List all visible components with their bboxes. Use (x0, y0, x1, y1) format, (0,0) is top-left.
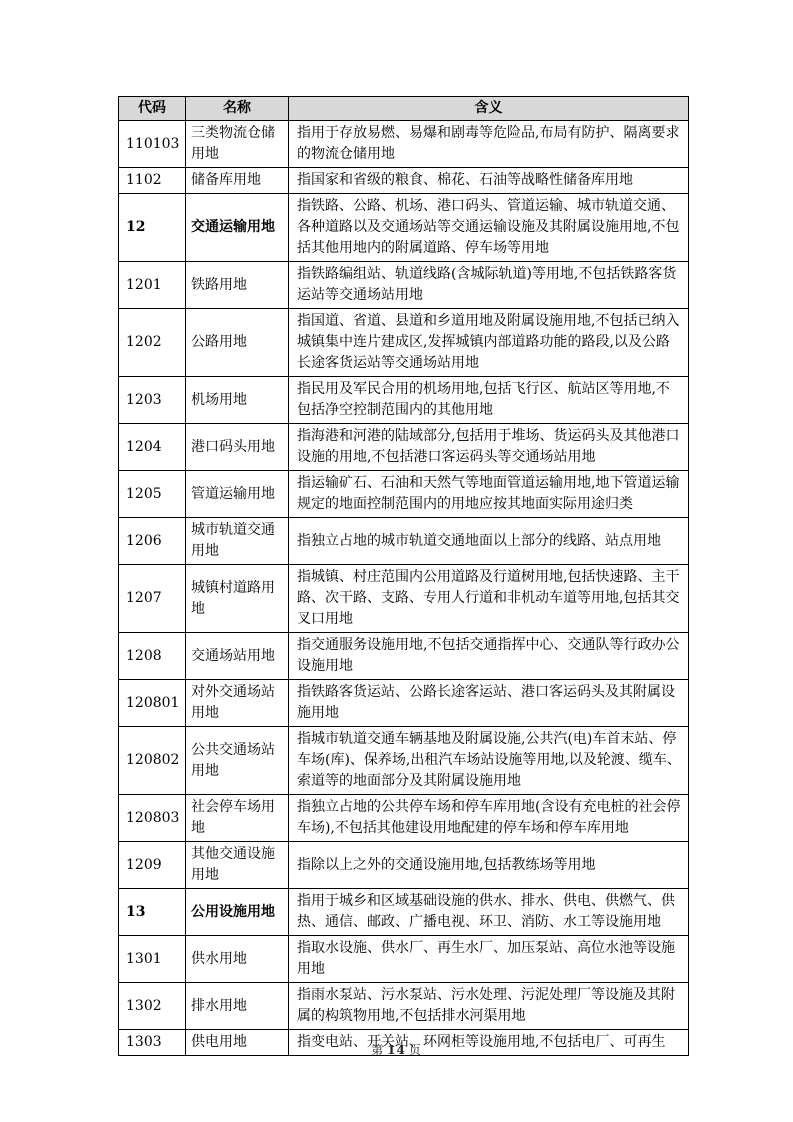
cell-code: 1202 (119, 309, 186, 377)
cell-name: 社会停车场用地 (186, 795, 289, 842)
cell-meaning: 指铁路编组站、轨道线路(含城际轨道)等用地,不包括铁路客货运站等交通场站用地 (289, 262, 689, 309)
table-row: 1203机场用地指民用及军民合用的机场用地,包括飞行区、航站区等用地,不包括净空… (119, 377, 689, 424)
cell-name: 储备库用地 (186, 168, 289, 194)
cell-name: 交通场站用地 (186, 633, 289, 680)
table-row: 1301供水用地指取水设施、供水厂、再生水厂、加压泵站、高位水池等设施用地 (119, 936, 689, 983)
table-row: 1201铁路用地指铁路编组站、轨道线路(含城际轨道)等用地,不包括铁路客货运站等… (119, 262, 689, 309)
cell-code: 120803 (119, 795, 186, 842)
cell-meaning: 指运输矿石、石油和天然气等地面管道运输用地,地下管道运输规定的地面控制范围内的用… (289, 471, 689, 518)
cell-meaning: 指用于存放易燃、易爆和剧毒等危险品,布局有防护、隔离要求的物流仓储用地 (289, 121, 689, 168)
cell-name: 交通运输用地 (186, 194, 289, 262)
table-row: 1208交通场站用地指交通服务设施用地,不包括交通指挥中心、交通队等行政办公设施… (119, 633, 689, 680)
cell-code: 1203 (119, 377, 186, 424)
cell-name: 铁路用地 (186, 262, 289, 309)
cell-meaning: 指交通服务设施用地,不包括交通指挥中心、交通队等行政办公设施用地 (289, 633, 689, 680)
cell-name: 公路用地 (186, 309, 289, 377)
cell-meaning: 指城镇、村庄范围内公用道路及行道树用地,包括快速路、主干路、次干路、支路、专用人… (289, 565, 689, 633)
cell-meaning: 指国家和省级的粮食、棉花、石油等战略性储备库用地 (289, 168, 689, 194)
cell-meaning: 指铁路、公路、机场、港口码头、管道运输、城市轨道交通、各种道路以及交通场站等交通… (289, 194, 689, 262)
table-row: 120801对外交通场站用地指铁路客货运站、公路长途客运站、港口客运码头及其附属… (119, 680, 689, 727)
cell-code: 1207 (119, 565, 186, 633)
table-row: 12交通运输用地指铁路、公路、机场、港口码头、管道运输、城市轨道交通、各种道路以… (119, 194, 689, 262)
cell-name: 公共交通场站用地 (186, 727, 289, 795)
cell-meaning: 指民用及军民合用的机场用地,包括飞行区、航站区等用地,不包括净空控制范围内的其他… (289, 377, 689, 424)
cell-name: 排水用地 (186, 983, 289, 1030)
table-row: 1204港口码头用地指海港和河港的陆域部分,包括用于堆场、货运码头及其他港口设施… (119, 424, 689, 471)
table-row: 1205管道运输用地指运输矿石、石油和天然气等地面管道运输用地,地下管道运输规定… (119, 471, 689, 518)
cell-code: 1102 (119, 168, 186, 194)
cell-name: 其他交通设施用地 (186, 842, 289, 889)
cell-name: 港口码头用地 (186, 424, 289, 471)
cell-code: 120801 (119, 680, 186, 727)
cell-code: 1204 (119, 424, 186, 471)
cell-code: 1209 (119, 842, 186, 889)
table-row: 1206城市轨道交通用地指独立占地的城市轨道交通地面以上部分的线路、站点用地 (119, 518, 689, 565)
cell-name: 机场用地 (186, 377, 289, 424)
cell-code: 110103 (119, 121, 186, 168)
cell-meaning: 指除以上之外的交通设施用地,包括教练场等用地 (289, 842, 689, 889)
cell-name: 城镇村道路用地 (186, 565, 289, 633)
header-meaning: 含义 (289, 97, 689, 121)
table-row: 1302排水用地指雨水泵站、污水泵站、污水处理、污泥处理厂等设施及其附属的构筑物… (119, 983, 689, 1030)
table-row: 120803社会停车场用地指独立占地的公共停车场和停车库用地(含设有充电桩的社会… (119, 795, 689, 842)
cell-meaning: 指雨水泵站、污水泵站、污水处理、污泥处理厂等设施及其附属的构筑物用地,不包括排水… (289, 983, 689, 1030)
footer-prefix: 第 (371, 1043, 384, 1057)
cell-code: 1206 (119, 518, 186, 565)
cell-meaning: 指国道、省道、县道和乡道用地及附属设施用地,不包括已纳入城镇集中连片建成区,发挥… (289, 309, 689, 377)
cell-code: 120802 (119, 727, 186, 795)
cell-code: 1301 (119, 936, 186, 983)
cell-meaning: 指独立占地的城市轨道交通地面以上部分的线路、站点用地 (289, 518, 689, 565)
cell-meaning: 指城市轨道交通车辆基地及附属设施,公共汽(电)车首末站、停车场(库)、保养场,出… (289, 727, 689, 795)
cell-code: 1208 (119, 633, 186, 680)
cell-name: 管道运输用地 (186, 471, 289, 518)
footer-suffix: 页 (409, 1043, 422, 1057)
cell-name: 对外交通场站用地 (186, 680, 289, 727)
table-row: 1202公路用地指国道、省道、县道和乡道用地及附属设施用地,不包括已纳入城镇集中… (119, 309, 689, 377)
cell-name: 三类物流仓储用地 (186, 121, 289, 168)
cell-code: 12 (119, 194, 186, 262)
footer-page-number: 14 (384, 1043, 409, 1057)
cell-meaning: 指用于城乡和区域基础设施的供水、排水、供电、供燃气、供热、通信、邮政、广播电视、… (289, 889, 689, 936)
table-row: 1207城镇村道路用地指城镇、村庄范围内公用道路及行道树用地,包括快速路、主干路… (119, 565, 689, 633)
table-row: 110103三类物流仓储用地指用于存放易燃、易爆和剧毒等危险品,布局有防护、隔离… (119, 121, 689, 168)
table-row: 1209其他交通设施用地指除以上之外的交通设施用地,包括教练场等用地 (119, 842, 689, 889)
page-number-footer: 第14页 (0, 1041, 793, 1058)
cell-code: 1302 (119, 983, 186, 1030)
cell-meaning: 指独立占地的公共停车场和停车库用地(含设有充电桩的社会停车场),不包括其他建设用… (289, 795, 689, 842)
table-header-row: 代码 名称 含义 (119, 97, 689, 121)
cell-name: 供水用地 (186, 936, 289, 983)
cell-code: 1201 (119, 262, 186, 309)
cell-name: 城市轨道交通用地 (186, 518, 289, 565)
header-name: 名称 (186, 97, 289, 121)
cell-code: 13 (119, 889, 186, 936)
table-row: 1102储备库用地指国家和省级的粮食、棉花、石油等战略性储备库用地 (119, 168, 689, 194)
header-code: 代码 (119, 97, 186, 121)
cell-meaning: 指铁路客货运站、公路长途客运站、港口客运码头及其附属设施用地 (289, 680, 689, 727)
cell-code: 1205 (119, 471, 186, 518)
cell-name: 公用设施用地 (186, 889, 289, 936)
table-row: 13公用设施用地指用于城乡和区域基础设施的供水、排水、供电、供燃气、供热、通信、… (119, 889, 689, 936)
cell-meaning: 指海港和河港的陆域部分,包括用于堆场、货运码头及其他港口设施的用地,不包括港口客… (289, 424, 689, 471)
table-row: 120802公共交通场站用地指城市轨道交通车辆基地及附属设施,公共汽(电)车首末… (119, 727, 689, 795)
land-use-classification-table: 代码 名称 含义 110103三类物流仓储用地指用于存放易燃、易爆和剧毒等危险品… (118, 96, 689, 1056)
document-page: 代码 名称 含义 110103三类物流仓储用地指用于存放易燃、易爆和剧毒等危险品… (0, 0, 793, 1122)
cell-meaning: 指取水设施、供水厂、再生水厂、加压泵站、高位水池等设施用地 (289, 936, 689, 983)
